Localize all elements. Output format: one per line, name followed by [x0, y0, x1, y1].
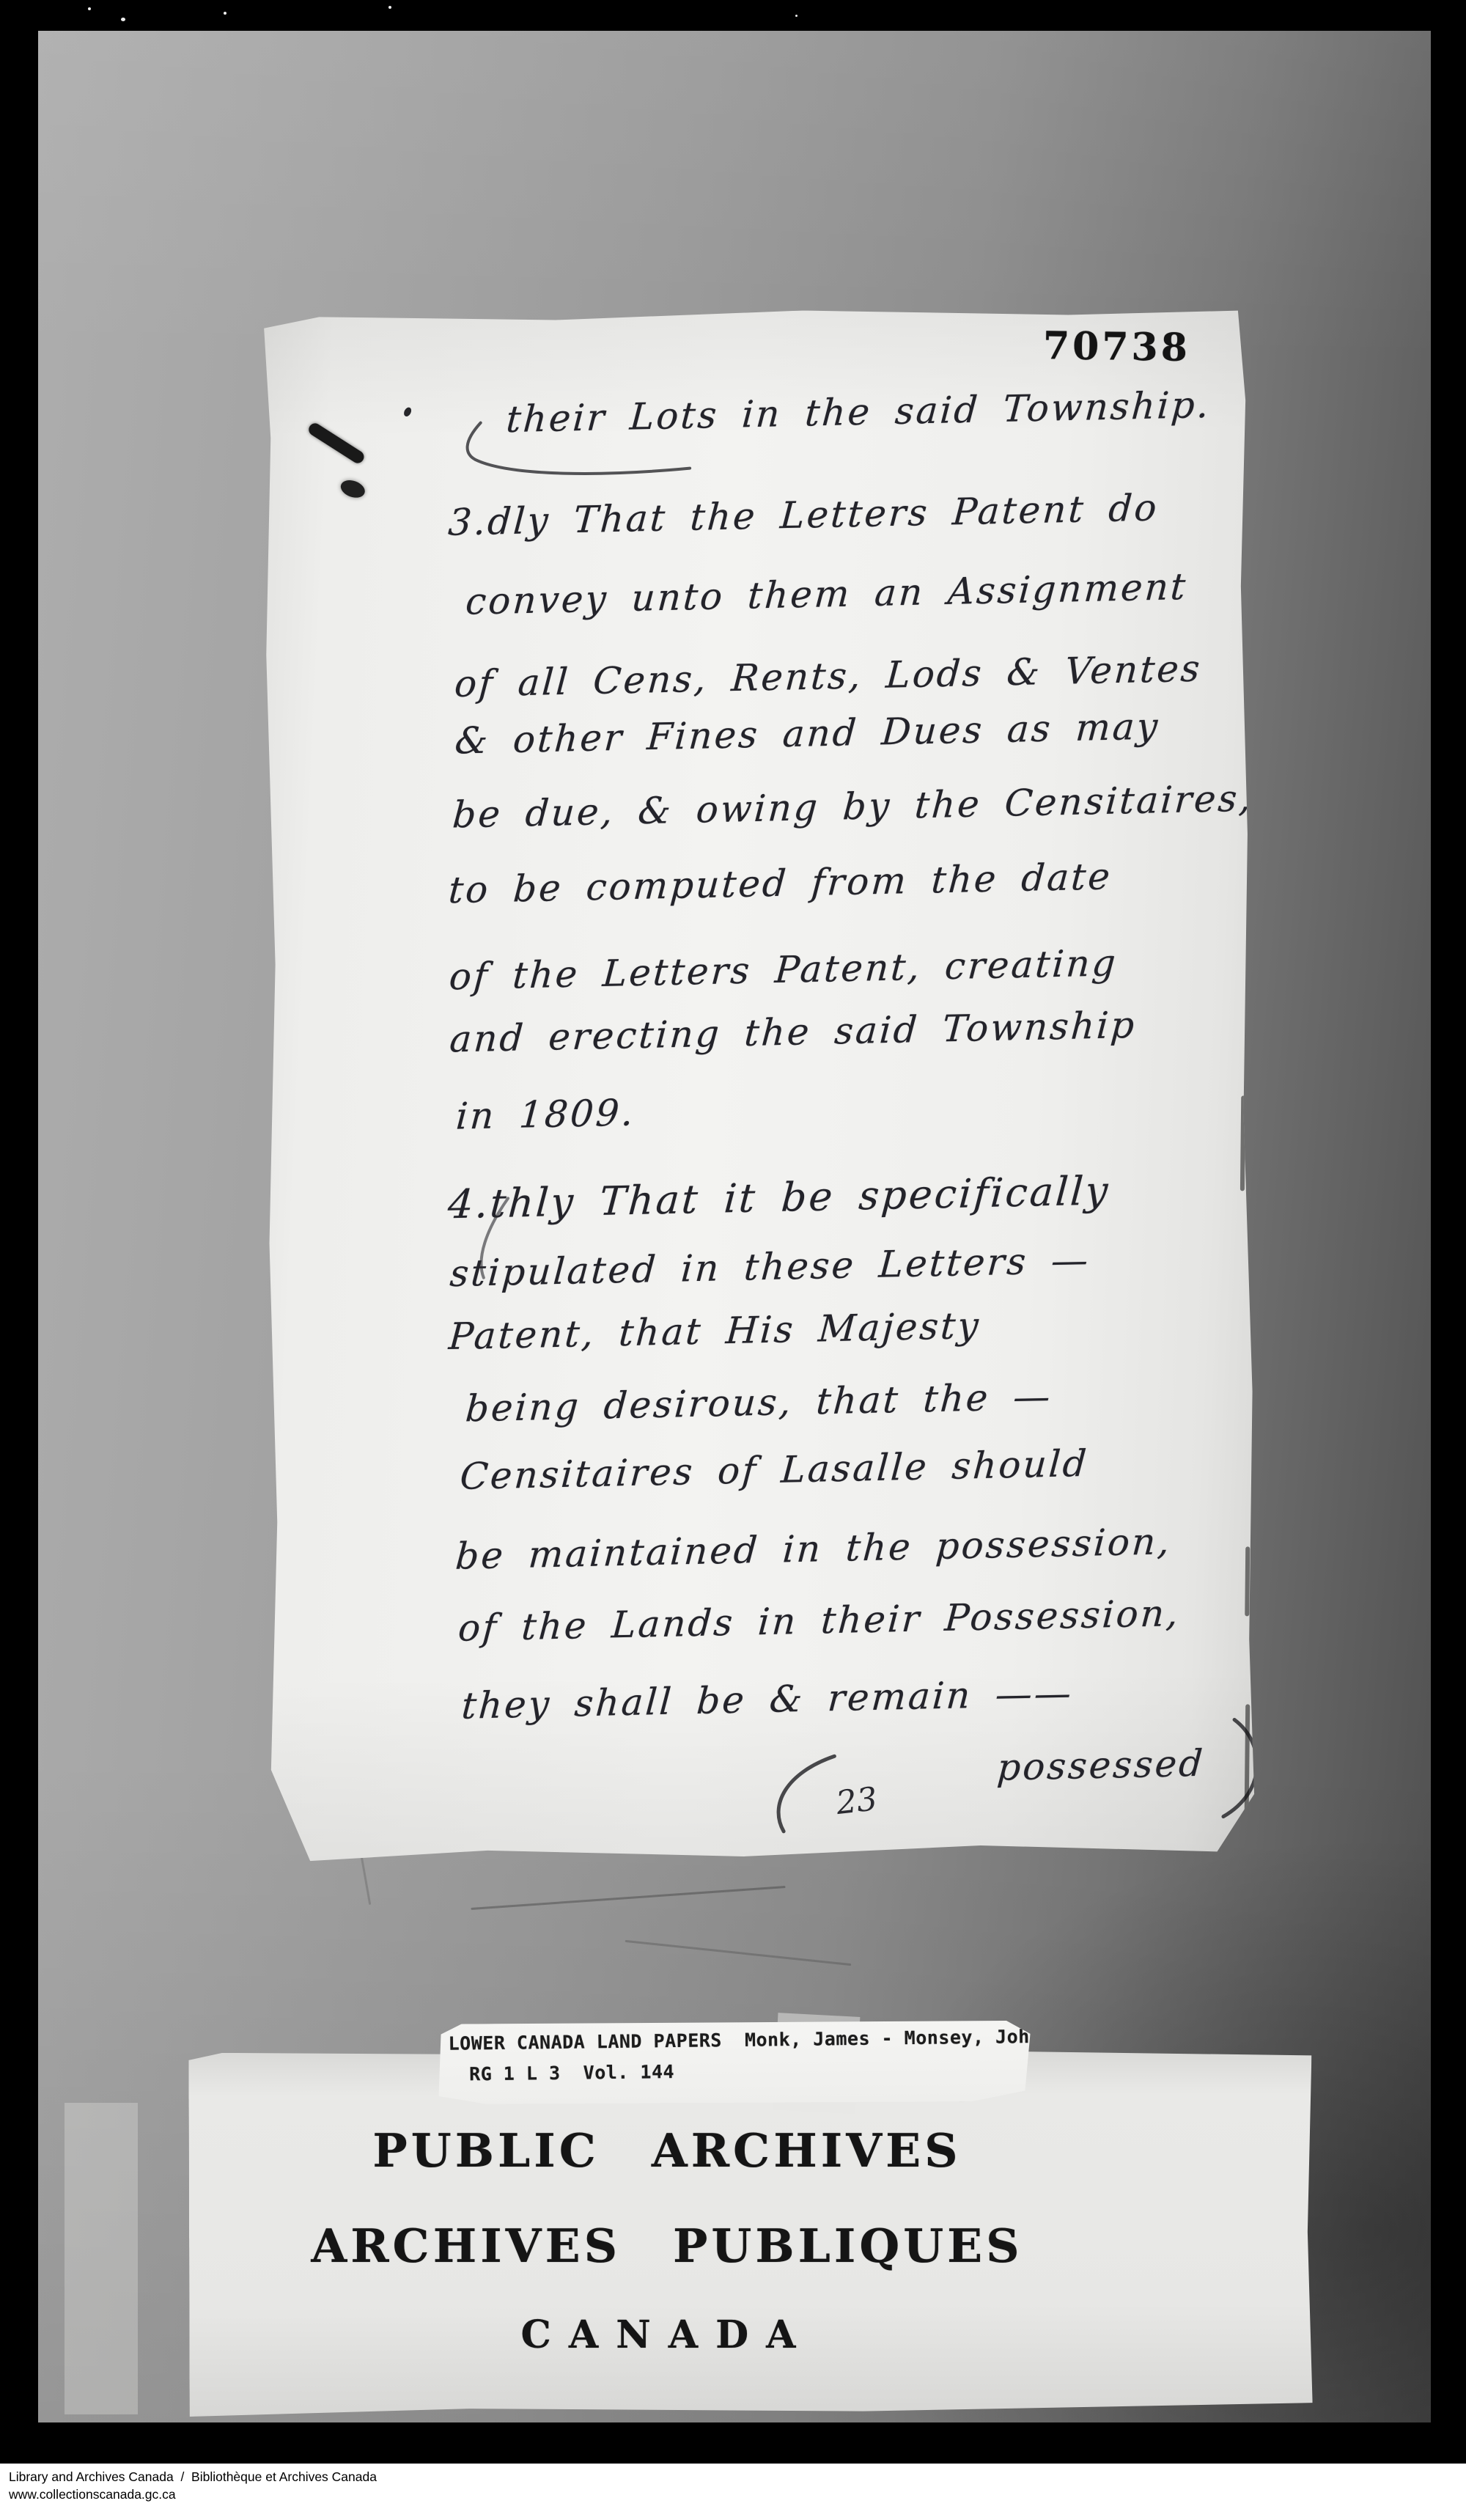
- dust-speck: [88, 7, 91, 10]
- wrinkle-mark: [625, 1940, 852, 1966]
- dust-speck: [795, 15, 798, 17]
- dust-speck: [224, 12, 226, 15]
- catalog-label-reference: RG 1 L 3 Vol. 144: [469, 2061, 674, 2084]
- catalog-label-title: LOWER CANADA LAND PAPERS Monk, James - M…: [448, 2026, 1041, 2054]
- footer: Library and Archives Canada / Bibliothèq…: [0, 2464, 1466, 2520]
- ink-flourishes: [260, 307, 1257, 1862]
- footer-url: www.collectionscanada.gc.ca: [9, 2487, 176, 2502]
- archives-card-title-fr: ARCHIVES PUBLIQUES: [311, 2219, 1023, 2273]
- archives-card-title-en: PUBLIC ARCHIVES: [372, 2123, 961, 2178]
- catalog-label: LOWER CANADA LAND PAPERS Monk, James - M…: [438, 2017, 1031, 2108]
- footer-institution: Library and Archives Canada / Bibliothèq…: [9, 2469, 377, 2485]
- dust-speck: [388, 6, 391, 9]
- tape-strip: [65, 2103, 138, 2414]
- photo-background: 70738 their Lots in the said Township. 3…: [38, 31, 1431, 2422]
- manuscript-page: 70738 their Lots in the said Township. 3…: [260, 307, 1257, 1862]
- dust-speck: [121, 18, 125, 21]
- wrinkle-mark: [471, 1886, 785, 1910]
- page-edge-shadow: [1245, 1546, 1250, 1616]
- archives-card-country: CANADA: [520, 2313, 813, 2357]
